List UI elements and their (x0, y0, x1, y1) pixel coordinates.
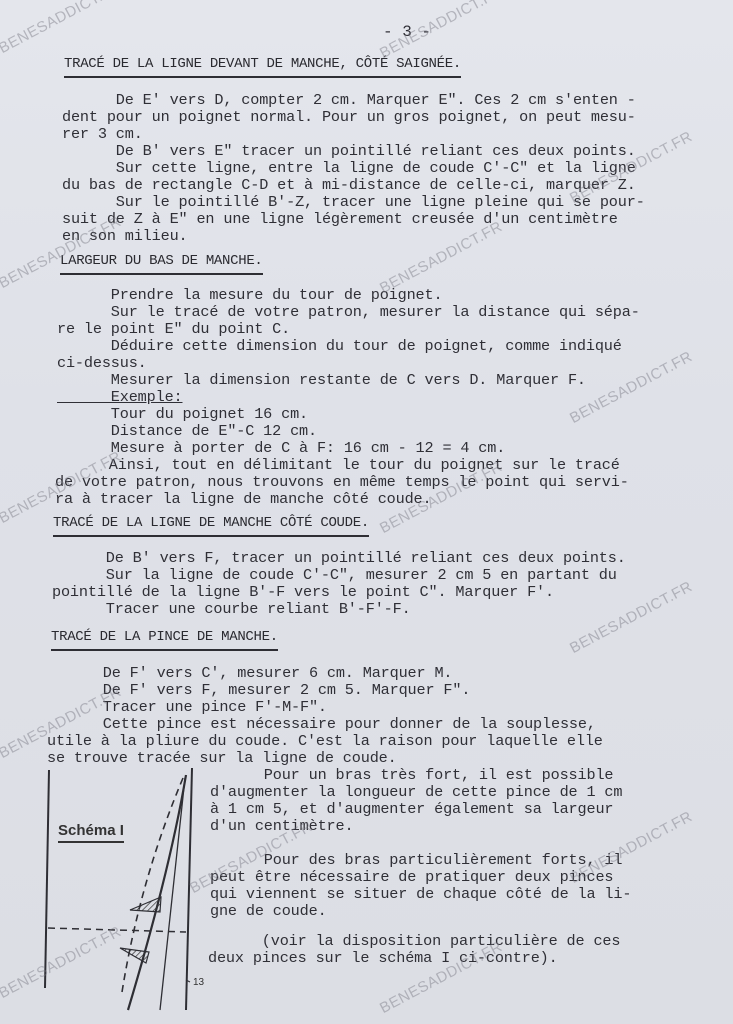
diagram-number: 13 (193, 977, 204, 988)
document-page: - 3 - TRACÉ DE LA LIGNE DEVANT DE MANCHE… (0, 0, 733, 1024)
schema-diagram (0, 0, 733, 1024)
right-boundary-line (186, 768, 192, 1010)
left-boundary-line (45, 770, 49, 988)
dart-upper (130, 897, 161, 912)
schema-label: Schéma I (58, 822, 124, 843)
